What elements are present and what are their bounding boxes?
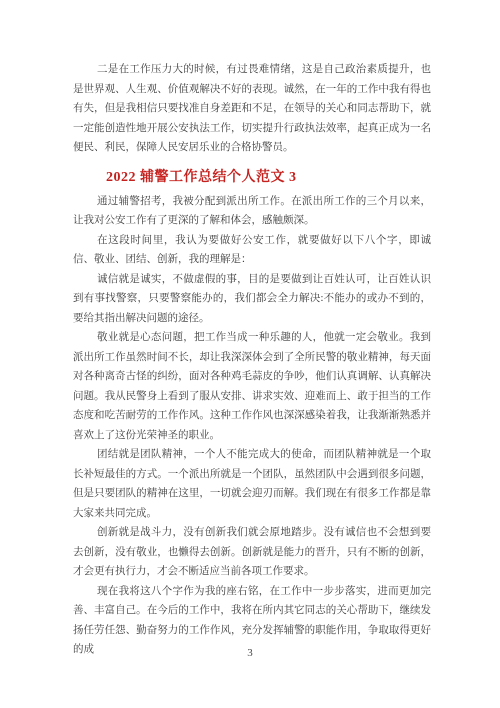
- body-paragraph: 创新就是战斗力，没有创新我们就会原地踏步。没有诚信也不会想到要去创新，没有敬业，…: [73, 523, 431, 582]
- body-paragraph: 诚信就是诚实，不做虚假的事，目的是要做到让百姓认可，让百姓认识到有事找警察，只要…: [73, 270, 431, 329]
- body-paragraph: 通过辅警招考，我被分配到派出所工作。在派出所工作的三个月以来，让我对公安工作有了…: [73, 192, 431, 231]
- body-paragraph: 敬业就是心态问题，把工作当成一种乐趣的人，他就一定会敬业。我到派出所工作虽然时间…: [73, 328, 431, 445]
- body-paragraph: 团结就是团队精神，一个人不能完成大的使命，而团队精神就是一个取长补短最佳的方式。…: [73, 445, 431, 523]
- section-title: 2022 辅警工作总结个人范文 3: [73, 168, 430, 187]
- document-page: 二是在工作压力大的时候，有过畏难情绪，这是自己政治素质提升，也是世界观、人生观、…: [0, 0, 500, 708]
- body-paragraph: 二是在工作压力大的时候，有过畏难情绪，这是自己政治素质提升，也是世界观、人生观、…: [73, 60, 431, 158]
- page-number: 3: [0, 646, 500, 660]
- body-paragraph: 在这段时间里，我认为要做好公安工作，就要做好以下八个字，即诚信、敬业、团结、创新…: [73, 231, 431, 270]
